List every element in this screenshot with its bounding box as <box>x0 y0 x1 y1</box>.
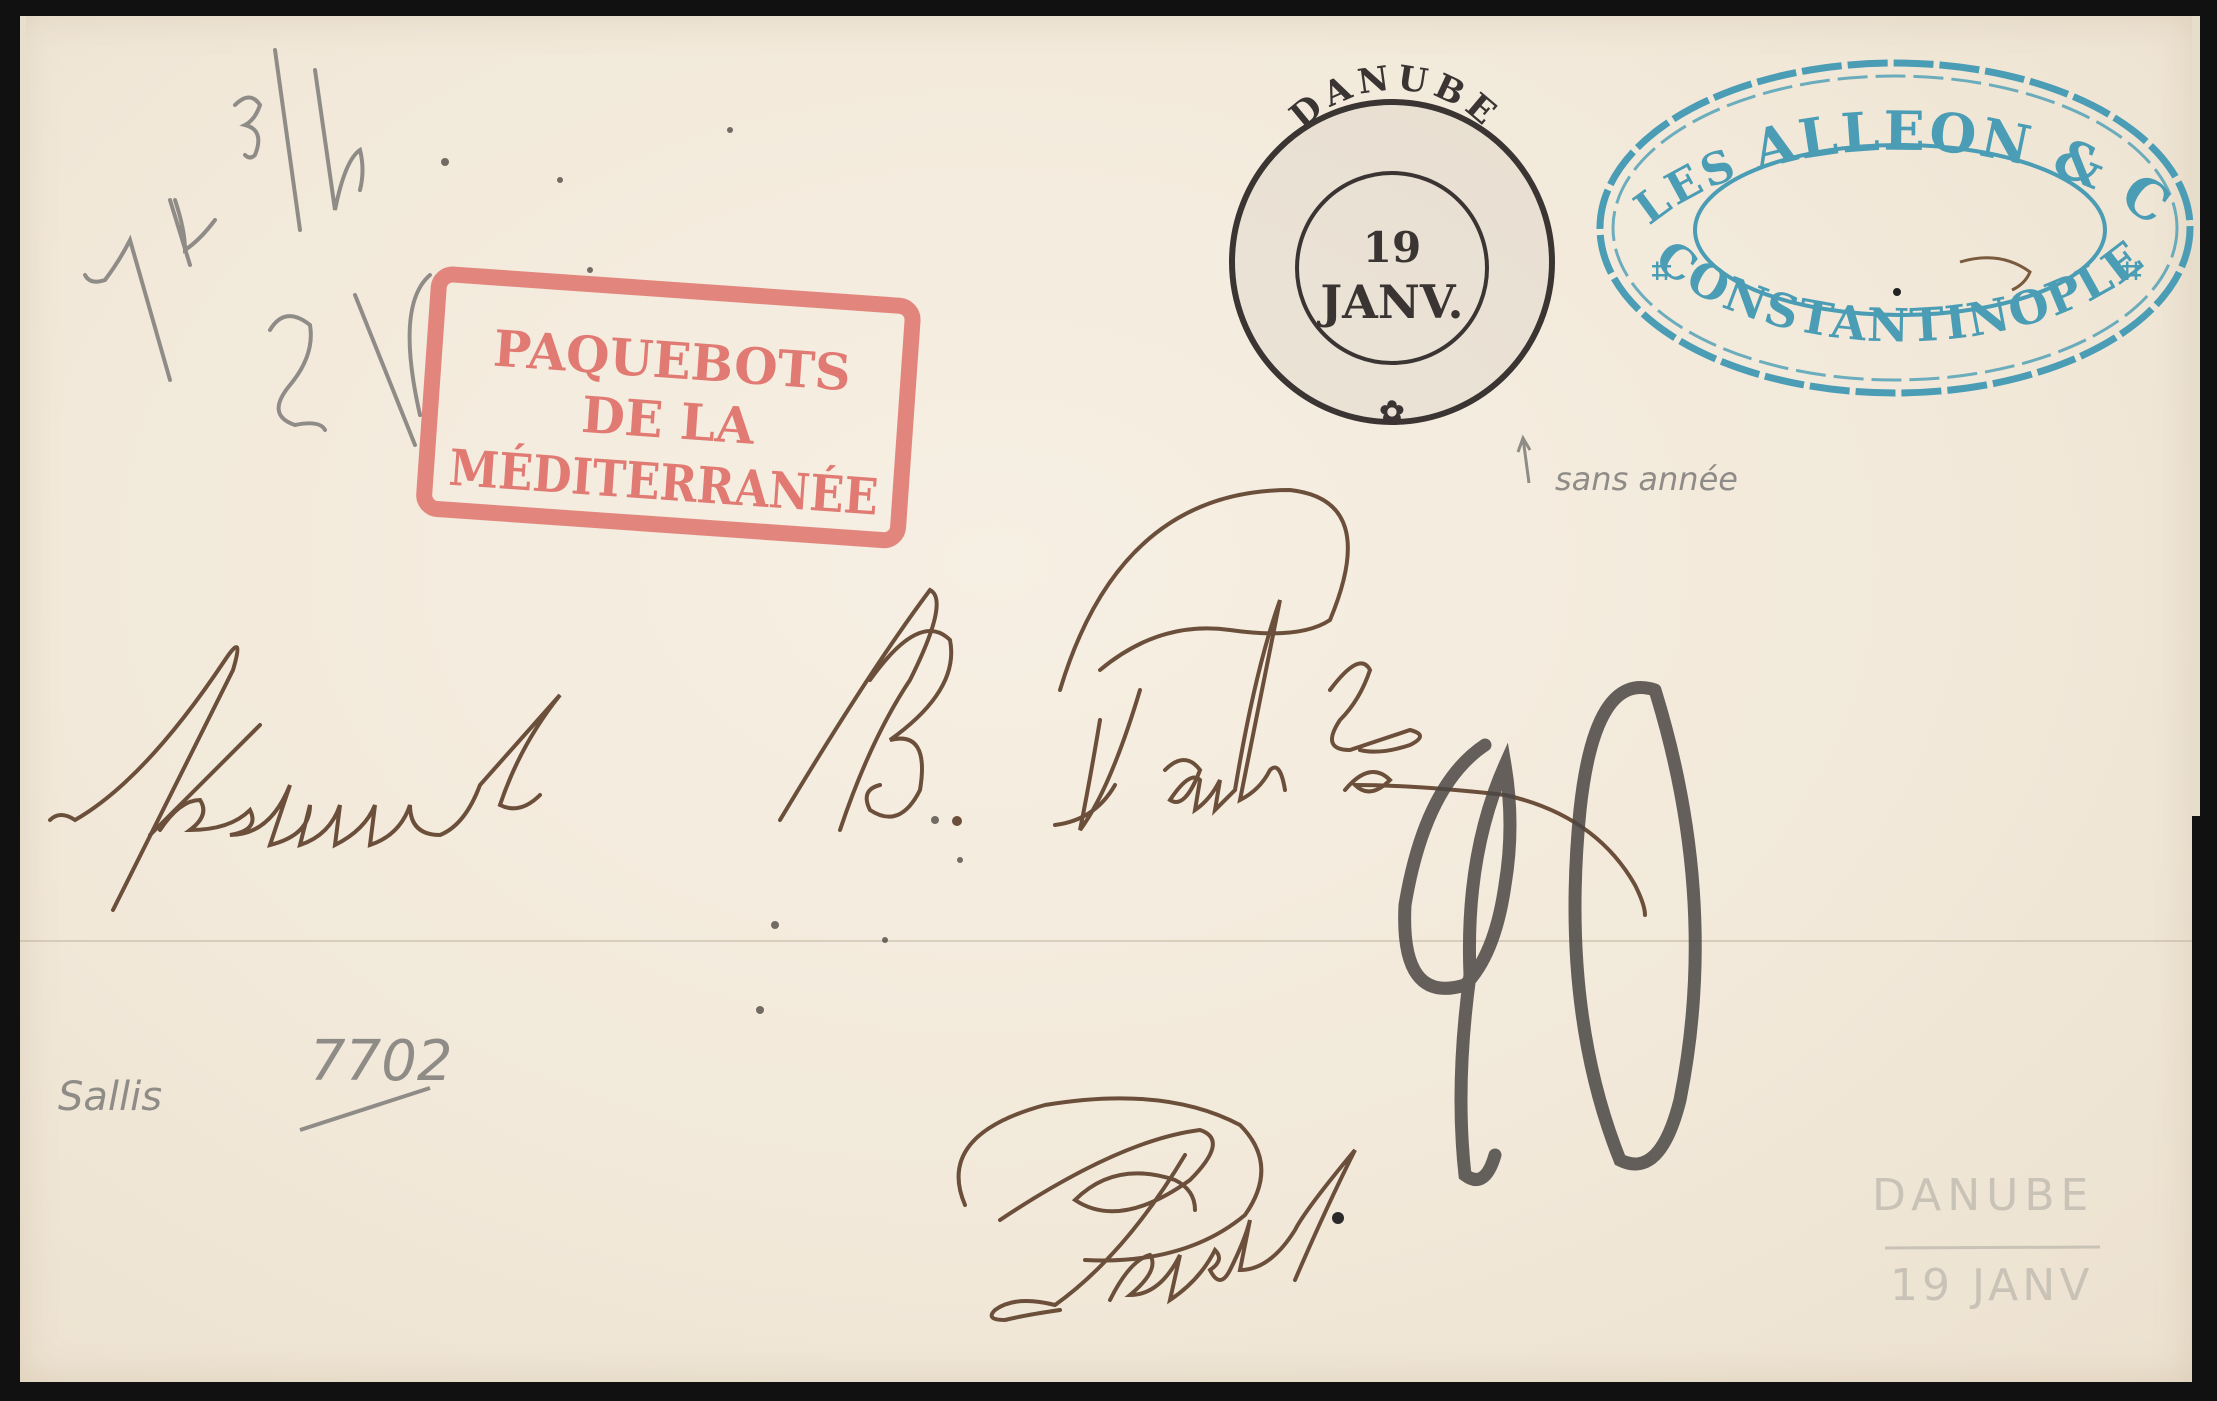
paquebots-line1: PAQUEBOTS <box>491 319 852 403</box>
danube-postmark: DANUBE 19 JANV. ✿ <box>1232 58 1552 430</box>
note-catalogue-number: 7702 <box>310 1029 453 1094</box>
faint-date-trace: 19 JANV <box>1890 1260 2093 1311</box>
cachet-ornament-right: ⌗ <box>2122 251 2142 291</box>
note-sallis: Sallis <box>58 1074 162 1120</box>
paquebots-line2: DE LA <box>580 385 758 456</box>
pencil-annotations: sans année Sallis 7702 DANUBE 19 JANV <box>58 438 2100 1311</box>
cachet-ornament-left: ⌗ <box>1652 251 1672 291</box>
faint-danube-trace: DANUBE <box>1872 1170 2094 1221</box>
tax-marking-20: 20 <box>1405 688 1696 1180</box>
sender-cachet: JULES ALLEON & Cie CONSTANTINOPLE ⌗ ⌗ <box>0 0 2190 393</box>
postmark-day: 19 <box>1363 223 1421 272</box>
ink-speckles <box>441 127 963 1014</box>
cachet-top-text: JULES ALLEON & Cie <box>0 0 2184 239</box>
postmark-month: JANV. <box>1316 275 1463 329</box>
tax-marking-value: 20 <box>1560 999 1562 1001</box>
note-sans-annee: sans année <box>1555 460 1738 498</box>
pencil-rate-notes <box>85 50 430 445</box>
postmark-ornament-icon: ✿ <box>1379 395 1404 430</box>
paquebots-cachet: PAQUEBOTS DE LA MÉDITERRANÉE <box>423 274 913 542</box>
